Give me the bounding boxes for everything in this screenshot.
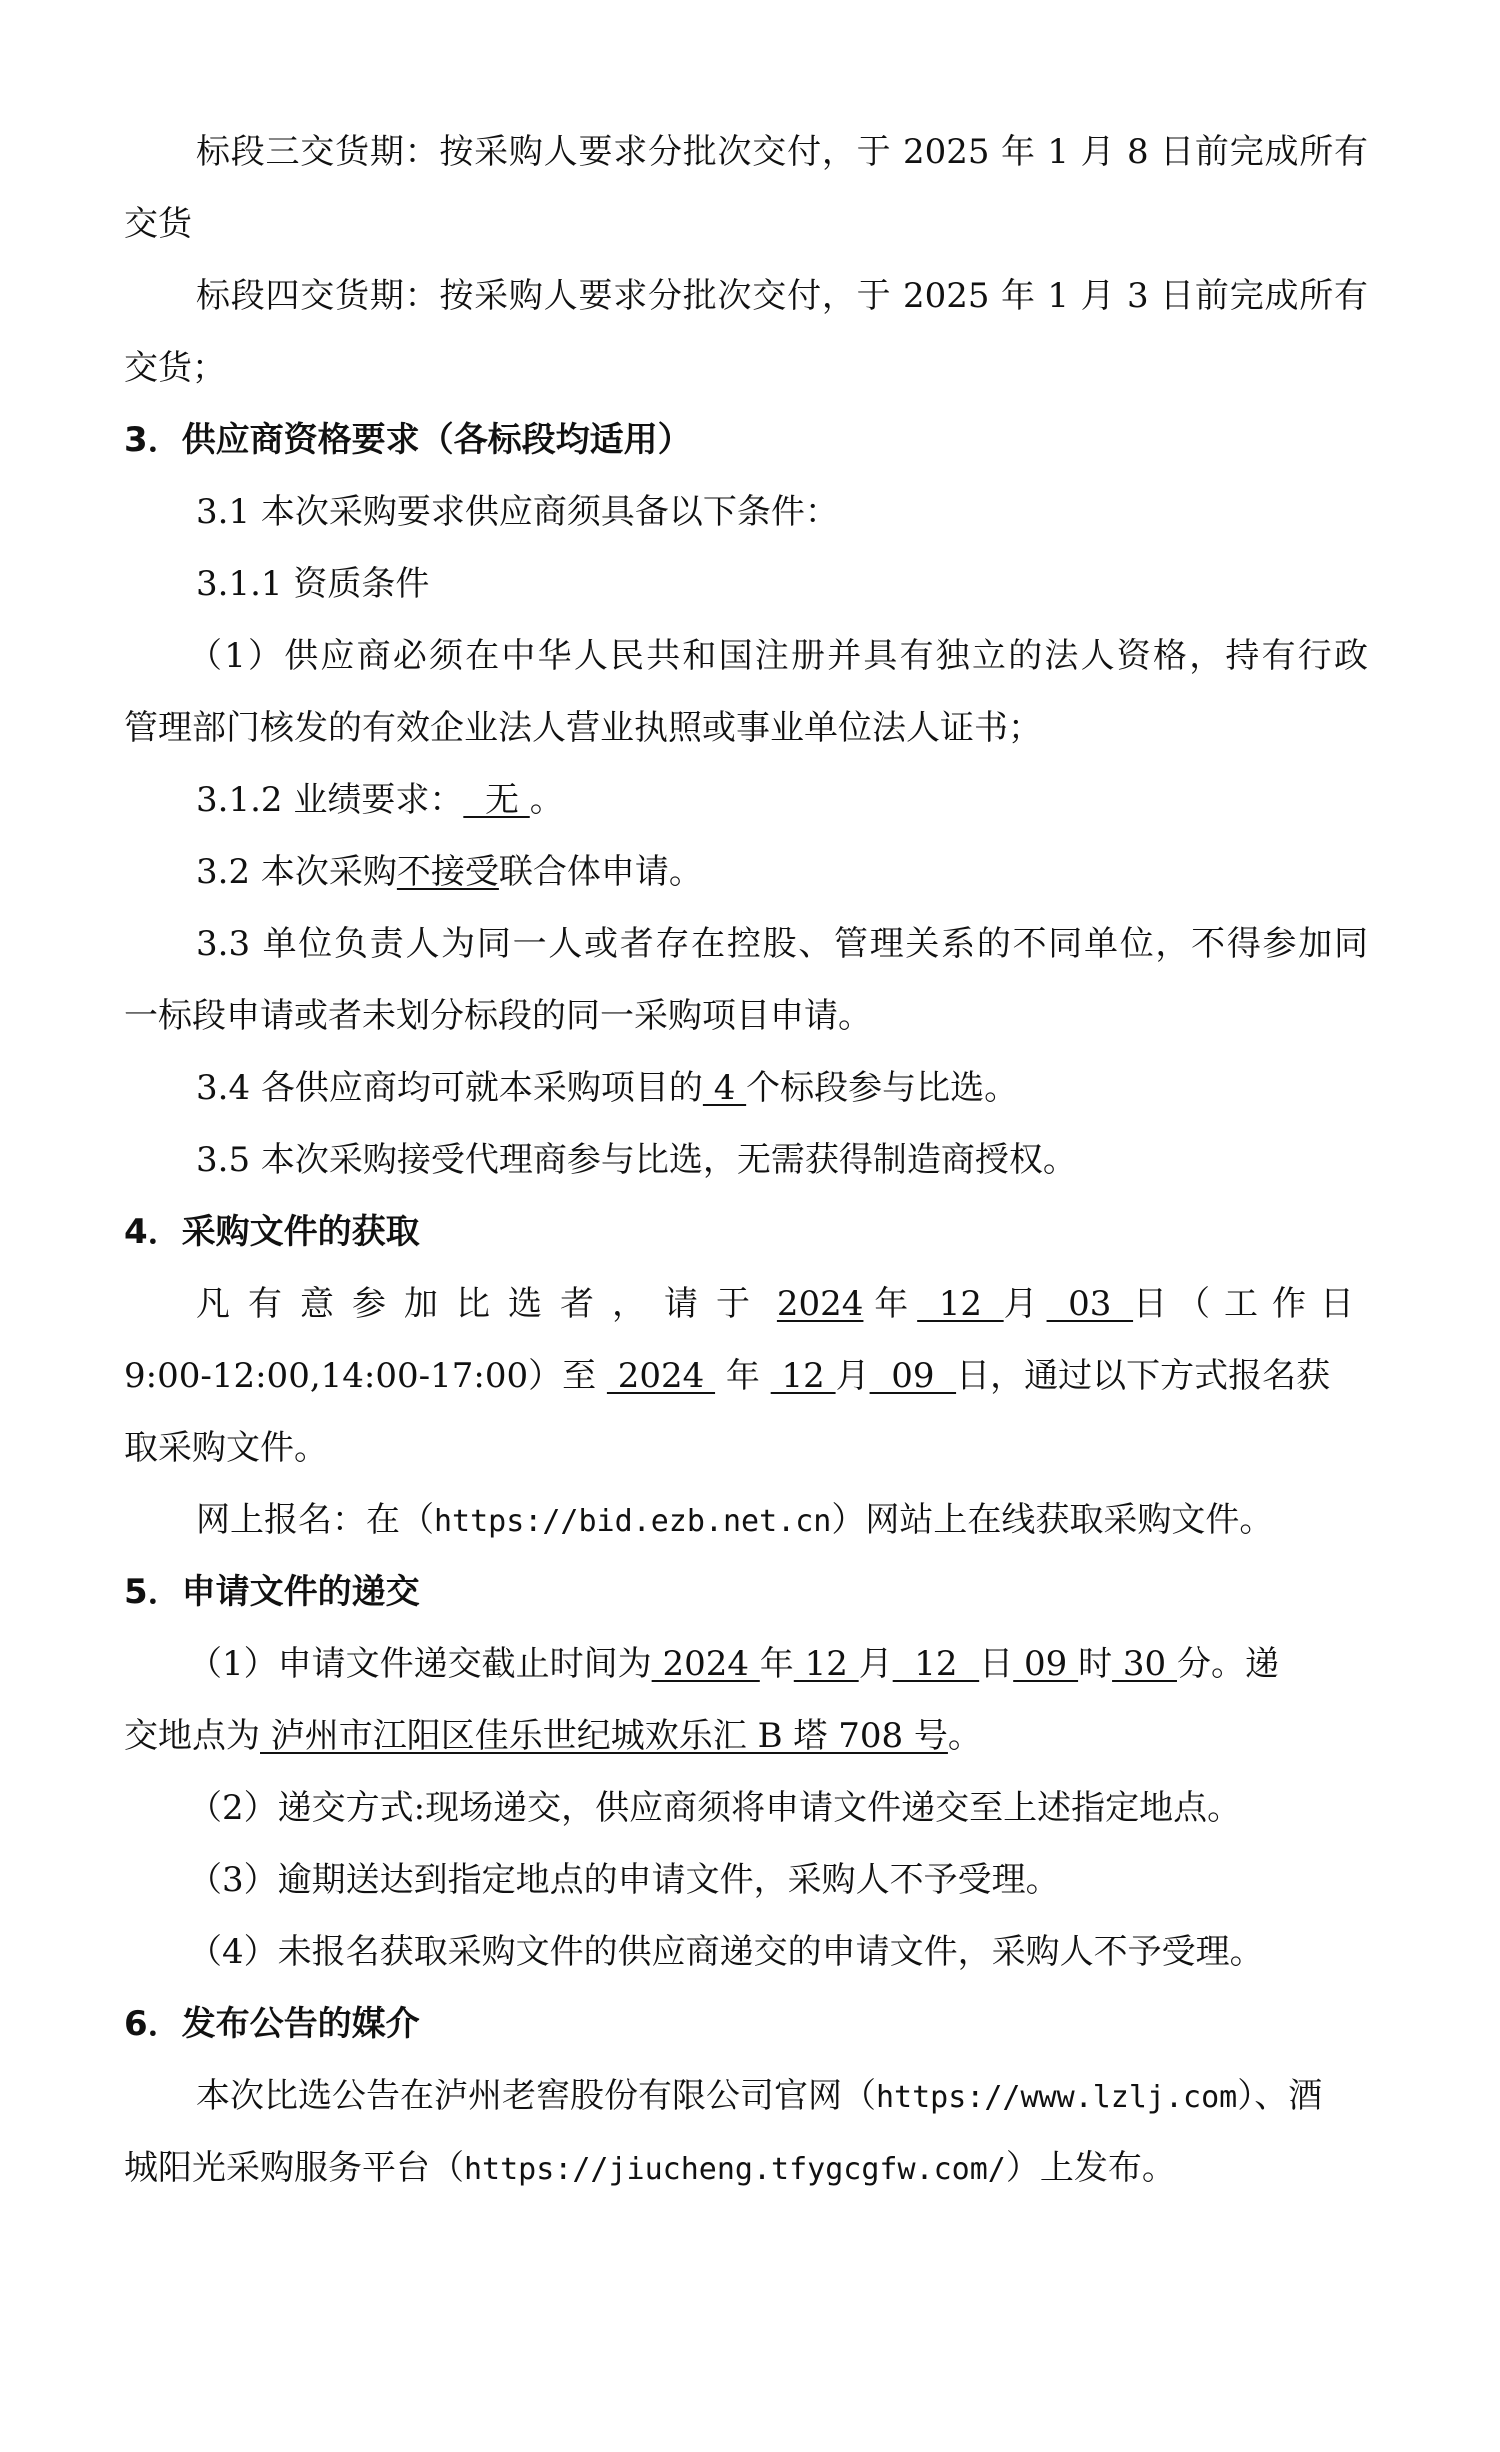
deadline-month: 12 (794, 1644, 859, 1684)
section3-3-line2: 一标段申请或者未划分标段的同一采购项目申请。 (124, 994, 1368, 1038)
end-month-label: 月 (836, 1356, 870, 1396)
media-prefix: 本次比选公告在泸州老窖股份有限公司官网（ (196, 2076, 876, 2116)
section3-item1-line2: 管理部门核发的有效企业法人营业执照或事业单位法人证书； (124, 706, 1368, 750)
online-suffix: ）网站上在线获取采购文件。 (831, 1500, 1273, 1540)
lots-prefix: 3.4 各供应商均可就本采购项目的 (196, 1068, 703, 1108)
location-line: 交地点为 泸州市江阳区佳乐世纪城欢乐汇 B 塔 708 号。 (124, 1714, 1368, 1758)
section4-para-line3: 取采购文件。 (124, 1426, 1368, 1470)
section5-heading: 5．申请文件的递交 (124, 1570, 1368, 1614)
start-day: 03 (1047, 1284, 1134, 1324)
jiucheng-platform-link[interactable]: https://jiucheng.tfygcgfw.com/ (464, 2152, 1006, 2187)
start-month: 12 (917, 1284, 1004, 1324)
section6-heading: 6．发布公告的媒介 (124, 2002, 1368, 2046)
performance-label: 3.1.2 业绩要求： (196, 780, 463, 820)
online-prefix: 网上报名：在（ (196, 1500, 434, 1540)
performance-value: 无 (463, 780, 529, 820)
end-month: 12 (771, 1356, 836, 1396)
deadline-minute-label: 分。递 (1177, 1644, 1279, 1684)
media-line1: 本次比选公告在泸州老窖股份有限公司官网（https://www.lzlj.com… (196, 2074, 1368, 2118)
consortium-suffix: 联合体申请。 (499, 852, 703, 892)
section3-3-line1: 3.3 单位负责人为同一人或者存在控股、管理关系的不同单位，不得参加同 (196, 922, 1368, 966)
location-prefix: 交地点为 (124, 1716, 260, 1756)
section4-para-line2: 9:00-12:00,14:00-17:00）至 2024 年 12 月 09 … (124, 1354, 1368, 1398)
section3-5: 3.5 本次采购接受代理商参与比选，无需获得制造商授权。 (196, 1138, 1368, 1182)
online-registration-link[interactable]: https://bid.ezb.net.cn (434, 1504, 831, 1539)
workday-open: （工作日 (1176, 1282, 1368, 1326)
online-registration: 网上报名：在（https://bid.ezb.net.cn）网站上在线获取采购文… (196, 1498, 1368, 1542)
section3-1-2: 3.1.2 业绩要求： 无 。 (196, 778, 1368, 822)
media-line2-suffix: ）上发布。 (1006, 2148, 1176, 2188)
media-line2-prefix: 城阳光采购服务平台（ (124, 2148, 464, 2188)
performance-suffix: 。 (530, 780, 564, 820)
section3-item1-line1: （1）供应商必须在中华人民共和国注册并具有独立的法人资格，持有行政 (188, 634, 1368, 678)
section3-heading: 3．供应商资格要求（各标段均适用） (124, 418, 1368, 462)
submission-item3: （3）逾期送达到指定地点的申请文件，采购人不予受理。 (188, 1858, 1368, 1902)
lot4-delivery-line1: 标段四交货期：按采购人要求分批次交付，于 2025 年 1 月 3 日前完成所有 (196, 274, 1368, 318)
location-suffix: 。 (948, 1716, 982, 1756)
media-line2: 城阳光采购服务平台（https://jiucheng.tfygcgfw.com/… (124, 2146, 1368, 2190)
section3-1-1: 3.1.1 资质条件 (196, 562, 1368, 606)
deadline-day: 12 (893, 1644, 980, 1684)
section3-2: 3.2 本次采购不接受联合体申请。 (196, 850, 1368, 894)
deadline-year: 2024 (652, 1644, 760, 1684)
end-year-label: 年 (726, 1356, 760, 1396)
lots-count: 4 (703, 1068, 746, 1108)
submission-item4: （4）未报名获取采购文件的供应商递交的申请文件，采购人不予受理。 (188, 1930, 1368, 1974)
section3-4: 3.4 各供应商均可就本采购项目的 4 个标段参与比选。 (196, 1066, 1368, 1110)
end-day: 09 (870, 1356, 957, 1396)
deadline-minute: 30 (1112, 1644, 1177, 1684)
start-year-label: 年 (874, 1284, 908, 1324)
consortium-prefix: 3.2 本次采购 (196, 852, 397, 892)
start-day-label: 日 (1133, 1284, 1167, 1324)
section3-1: 3.1 本次采购要求供应商须具备以下条件： (196, 490, 1368, 534)
document-page: 标段三交货期：按采购人要求分批次交付，于 2025 年 1 月 8 日前完成所有… (0, 0, 1500, 2452)
deadline-hour: 09 (1013, 1644, 1078, 1684)
submission-item2: （2）递交方式:现场递交，供应商须将申请文件递交至上述指定地点。 (188, 1786, 1368, 1830)
lot4-delivery-line2: 交货； (124, 346, 1368, 390)
lot3-delivery-line2: 交货 (124, 202, 1368, 246)
deadline-prefix: （1）申请文件递交截止时间为 (188, 1644, 652, 1684)
deadline-year-label: 年 (760, 1644, 794, 1684)
media-mid: ）、酒 (1237, 2076, 1322, 2116)
deadline-day-label: 日 (979, 1644, 1013, 1684)
section4-para-line1: 凡有意参加比选者，请于 2024 年 12 月 03 日 （工作日 (196, 1282, 1368, 1326)
deadline-hour-label: 时 (1078, 1644, 1112, 1684)
end-year: 2024 (607, 1356, 715, 1396)
register-method: 日，通过以下方式报名获 (956, 1356, 1330, 1396)
start-month-label: 月 (1004, 1284, 1038, 1324)
consortium-not-accepted: 不接受 (397, 852, 499, 892)
start-year: 2024 (777, 1284, 864, 1324)
section4-heading: 4．采购文件的获取 (124, 1210, 1368, 1254)
lot3-delivery-line1: 标段三交货期：按采购人要求分批次交付，于 2025 年 1 月 8 日前完成所有 (196, 130, 1368, 174)
lots-suffix: 个标段参与比选。 (746, 1068, 1018, 1108)
lzlj-website-link[interactable]: https://www.lzlj.com (876, 2080, 1237, 2115)
deadline-line: （1）申请文件递交截止时间为 2024 年 12 月 12 日 09 时 30 … (188, 1642, 1368, 1686)
working-hours: 9:00-12:00,14:00-17:00）至 (124, 1356, 596, 1396)
deadline-month-label: 月 (859, 1644, 893, 1684)
register-intro: 凡有意参加比选者，请于 (196, 1282, 768, 1326)
submission-location: 泸州市江阳区佳乐世纪城欢乐汇 B 塔 708 号 (260, 1716, 948, 1756)
